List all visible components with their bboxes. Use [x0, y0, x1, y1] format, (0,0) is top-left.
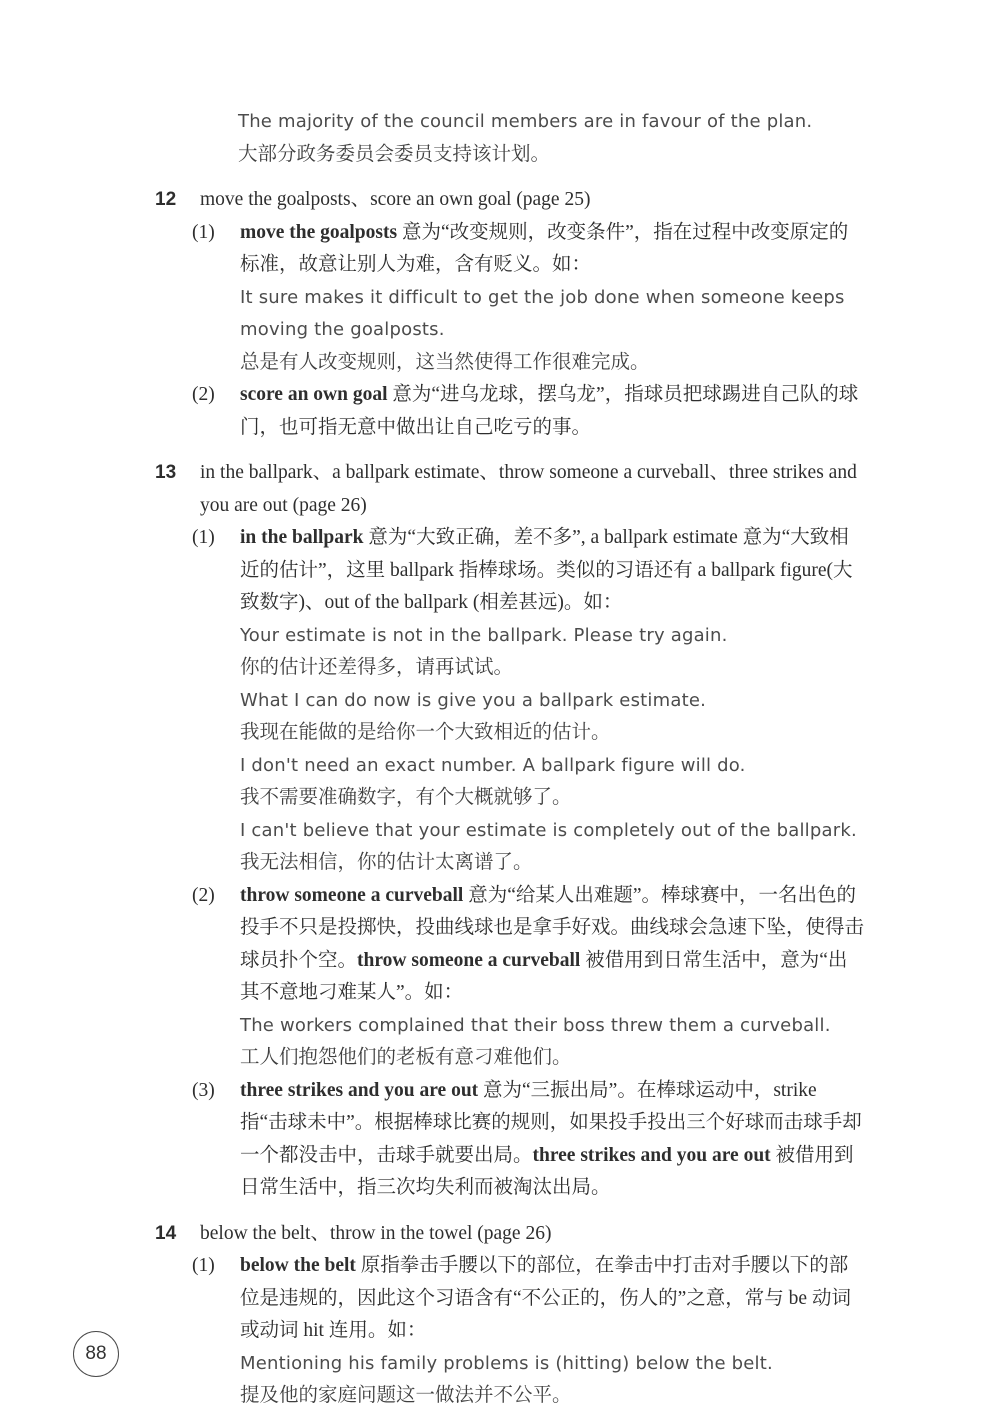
textbook-page: The majority of the council members are …	[0, 0, 1000, 1422]
example-sentence-en: Your estimate is not in the ballpark. Pl…	[240, 620, 865, 653]
subitem-label: (1)	[192, 522, 240, 880]
intro-example: The majority of the council members are …	[238, 106, 866, 171]
idiom-phrase: in the ballpark	[240, 527, 364, 548]
example-translation-zh: 工人们抱怨他们的老板有意刁难他们。	[240, 1042, 865, 1075]
explanation-text: in the ballpark 意为“大致正确，差不多”, a ballpark…	[240, 522, 865, 620]
subitem-label: (1)	[192, 1250, 240, 1413]
idiom-phrase: score an own goal	[240, 384, 388, 405]
idiom-phrase: three strikes and you are out	[533, 1145, 771, 1166]
item-12: 12 move the goalposts、score an own goal …	[155, 184, 1000, 444]
subitem-body: three strikes and you are out 意为“三振出局”。在…	[240, 1075, 865, 1205]
example-sentence-en: It sure makes it difficult to get the jo…	[240, 282, 865, 347]
item-13: 13 in the ballpark、a ballpark estimate、t…	[155, 457, 1000, 1205]
subitem: (1) in the ballpark 意为“大致正确，差不多”, a ball…	[192, 522, 1000, 880]
example-translation-zh: 我现在能做的是给你一个大致相近的估计。	[240, 717, 865, 750]
example-translation-zh: 提及他的家庭问题这一做法并不公平。	[240, 1380, 865, 1413]
subitem: (1) below the belt 原指拳击手腰以下的部位，在拳击中打击对手腰…	[192, 1250, 1000, 1413]
subitem: (1) move the goalposts 意为“改变规则，改变条件”，指在过…	[192, 217, 1000, 380]
item-number: 13	[155, 457, 200, 522]
idiom-phrase: throw someone a curveball	[357, 950, 580, 971]
example-sentence-en: I don't need an exact number. A ballpark…	[240, 750, 865, 783]
item-heading: 12 move the goalposts、score an own goal …	[155, 184, 1000, 217]
subitem-body: move the goalposts 意为“改变规则，改变条件”，指在过程中改变…	[240, 217, 865, 380]
subitem-label: (1)	[192, 217, 240, 380]
explanation-text: throw someone a curveball 意为“给某人出难题”。棒球赛…	[240, 880, 865, 1010]
example-sentence-en: The workers complained that their boss t…	[240, 1010, 865, 1043]
example-translation-zh: 我不需要准确数字，有个大概就够了。	[240, 782, 865, 815]
explanation-text: three strikes and you are out 意为“三振出局”。在…	[240, 1075, 865, 1205]
item-heading: 13 in the ballpark、a ballpark estimate、t…	[155, 457, 1000, 522]
page-number: 88	[85, 1338, 106, 1371]
explanation-text: move the goalposts 意为“改变规则，改变条件”，指在过程中改变…	[240, 217, 865, 282]
subitem: (2) throw someone a curveball 意为“给某人出难题”…	[192, 880, 1000, 1075]
idiom-phrase: three strikes and you are out	[240, 1080, 478, 1101]
subitem-body: in the ballpark 意为“大致正确，差不多”, a ballpark…	[240, 522, 865, 880]
item-title: below the belt、throw in the towel (page …	[200, 1218, 862, 1251]
item-heading: 14 below the belt、throw in the towel (pa…	[155, 1218, 1000, 1251]
subitem: (3) three strikes and you are out 意为“三振出…	[192, 1075, 1000, 1205]
item-14: 14 below the belt、throw in the towel (pa…	[155, 1218, 1000, 1413]
item-title: in the ballpark、a ballpark estimate、thro…	[200, 457, 862, 522]
subitem-label: (3)	[192, 1075, 240, 1205]
explanation-text: below the belt 原指拳击手腰以下的部位，在拳击中打击对手腰以下的部…	[240, 1250, 865, 1348]
idiom-phrase: move the goalposts	[240, 222, 397, 243]
subitem-label: (2)	[192, 880, 240, 1075]
idiom-phrase: below the belt	[240, 1255, 356, 1276]
example-translation-zh: 你的估计还差得多，请再试试。	[240, 652, 865, 685]
subitem-label: (2)	[192, 379, 240, 444]
subitem-body: below the belt 原指拳击手腰以下的部位，在拳击中打击对手腰以下的部…	[240, 1250, 865, 1413]
example-translation-zh: 大部分政务委员会委员支持该计划。	[238, 139, 866, 172]
example-translation-zh: 总是有人改变规则，这当然使得工作很难完成。	[240, 347, 865, 380]
example-translation-zh: 我无法相信，你的估计太离谱了。	[240, 847, 865, 880]
item-title: move the goalposts、score an own goal (pa…	[200, 184, 862, 217]
idiom-phrase: throw someone a curveball	[240, 885, 463, 906]
example-sentence-en: I can't believe that your estimate is co…	[240, 815, 865, 848]
explanation-text: score an own goal 意为“进乌龙球，摆乌龙”，指球员把球踢进自己…	[240, 379, 865, 444]
subitem-body: throw someone a curveball 意为“给某人出难题”。棒球赛…	[240, 880, 865, 1075]
example-sentence-en: What I can do now is give you a ballpark…	[240, 685, 865, 718]
example-sentence-en: The majority of the council members are …	[238, 106, 866, 139]
subitem: (2) score an own goal 意为“进乌龙球，摆乌龙”，指球员把球…	[192, 379, 1000, 444]
subitem-body: score an own goal 意为“进乌龙球，摆乌龙”，指球员把球踢进自己…	[240, 379, 865, 444]
item-number: 14	[155, 1218, 200, 1251]
item-number: 12	[155, 184, 200, 217]
example-sentence-en: Mentioning his family problems is (hitti…	[240, 1348, 865, 1381]
page-number-badge: 88	[73, 1331, 119, 1377]
